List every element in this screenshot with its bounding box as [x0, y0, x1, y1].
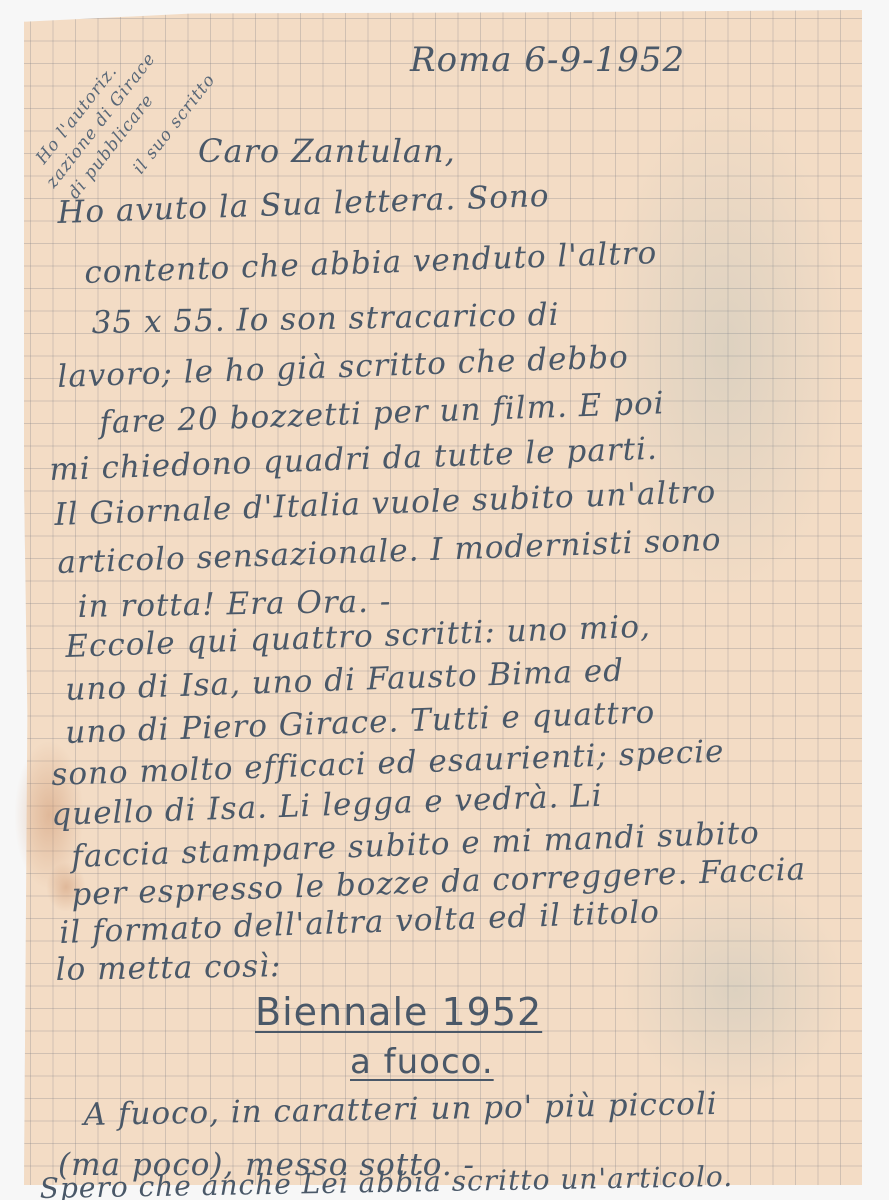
body-line: lo metta così: — [55, 951, 281, 986]
body-line: 35 x 55. Io son stracarico di — [91, 300, 559, 339]
proposed-title-line1: Biennale 1952 — [255, 990, 542, 1034]
body-line: in rotta! Era Ora. - — [77, 587, 391, 623]
proposed-title-line2: a fuoco. — [350, 1042, 494, 1082]
salutation: Caro Zantulan, — [198, 132, 456, 170]
place-date: Roma 6-9-1952 — [410, 40, 685, 80]
